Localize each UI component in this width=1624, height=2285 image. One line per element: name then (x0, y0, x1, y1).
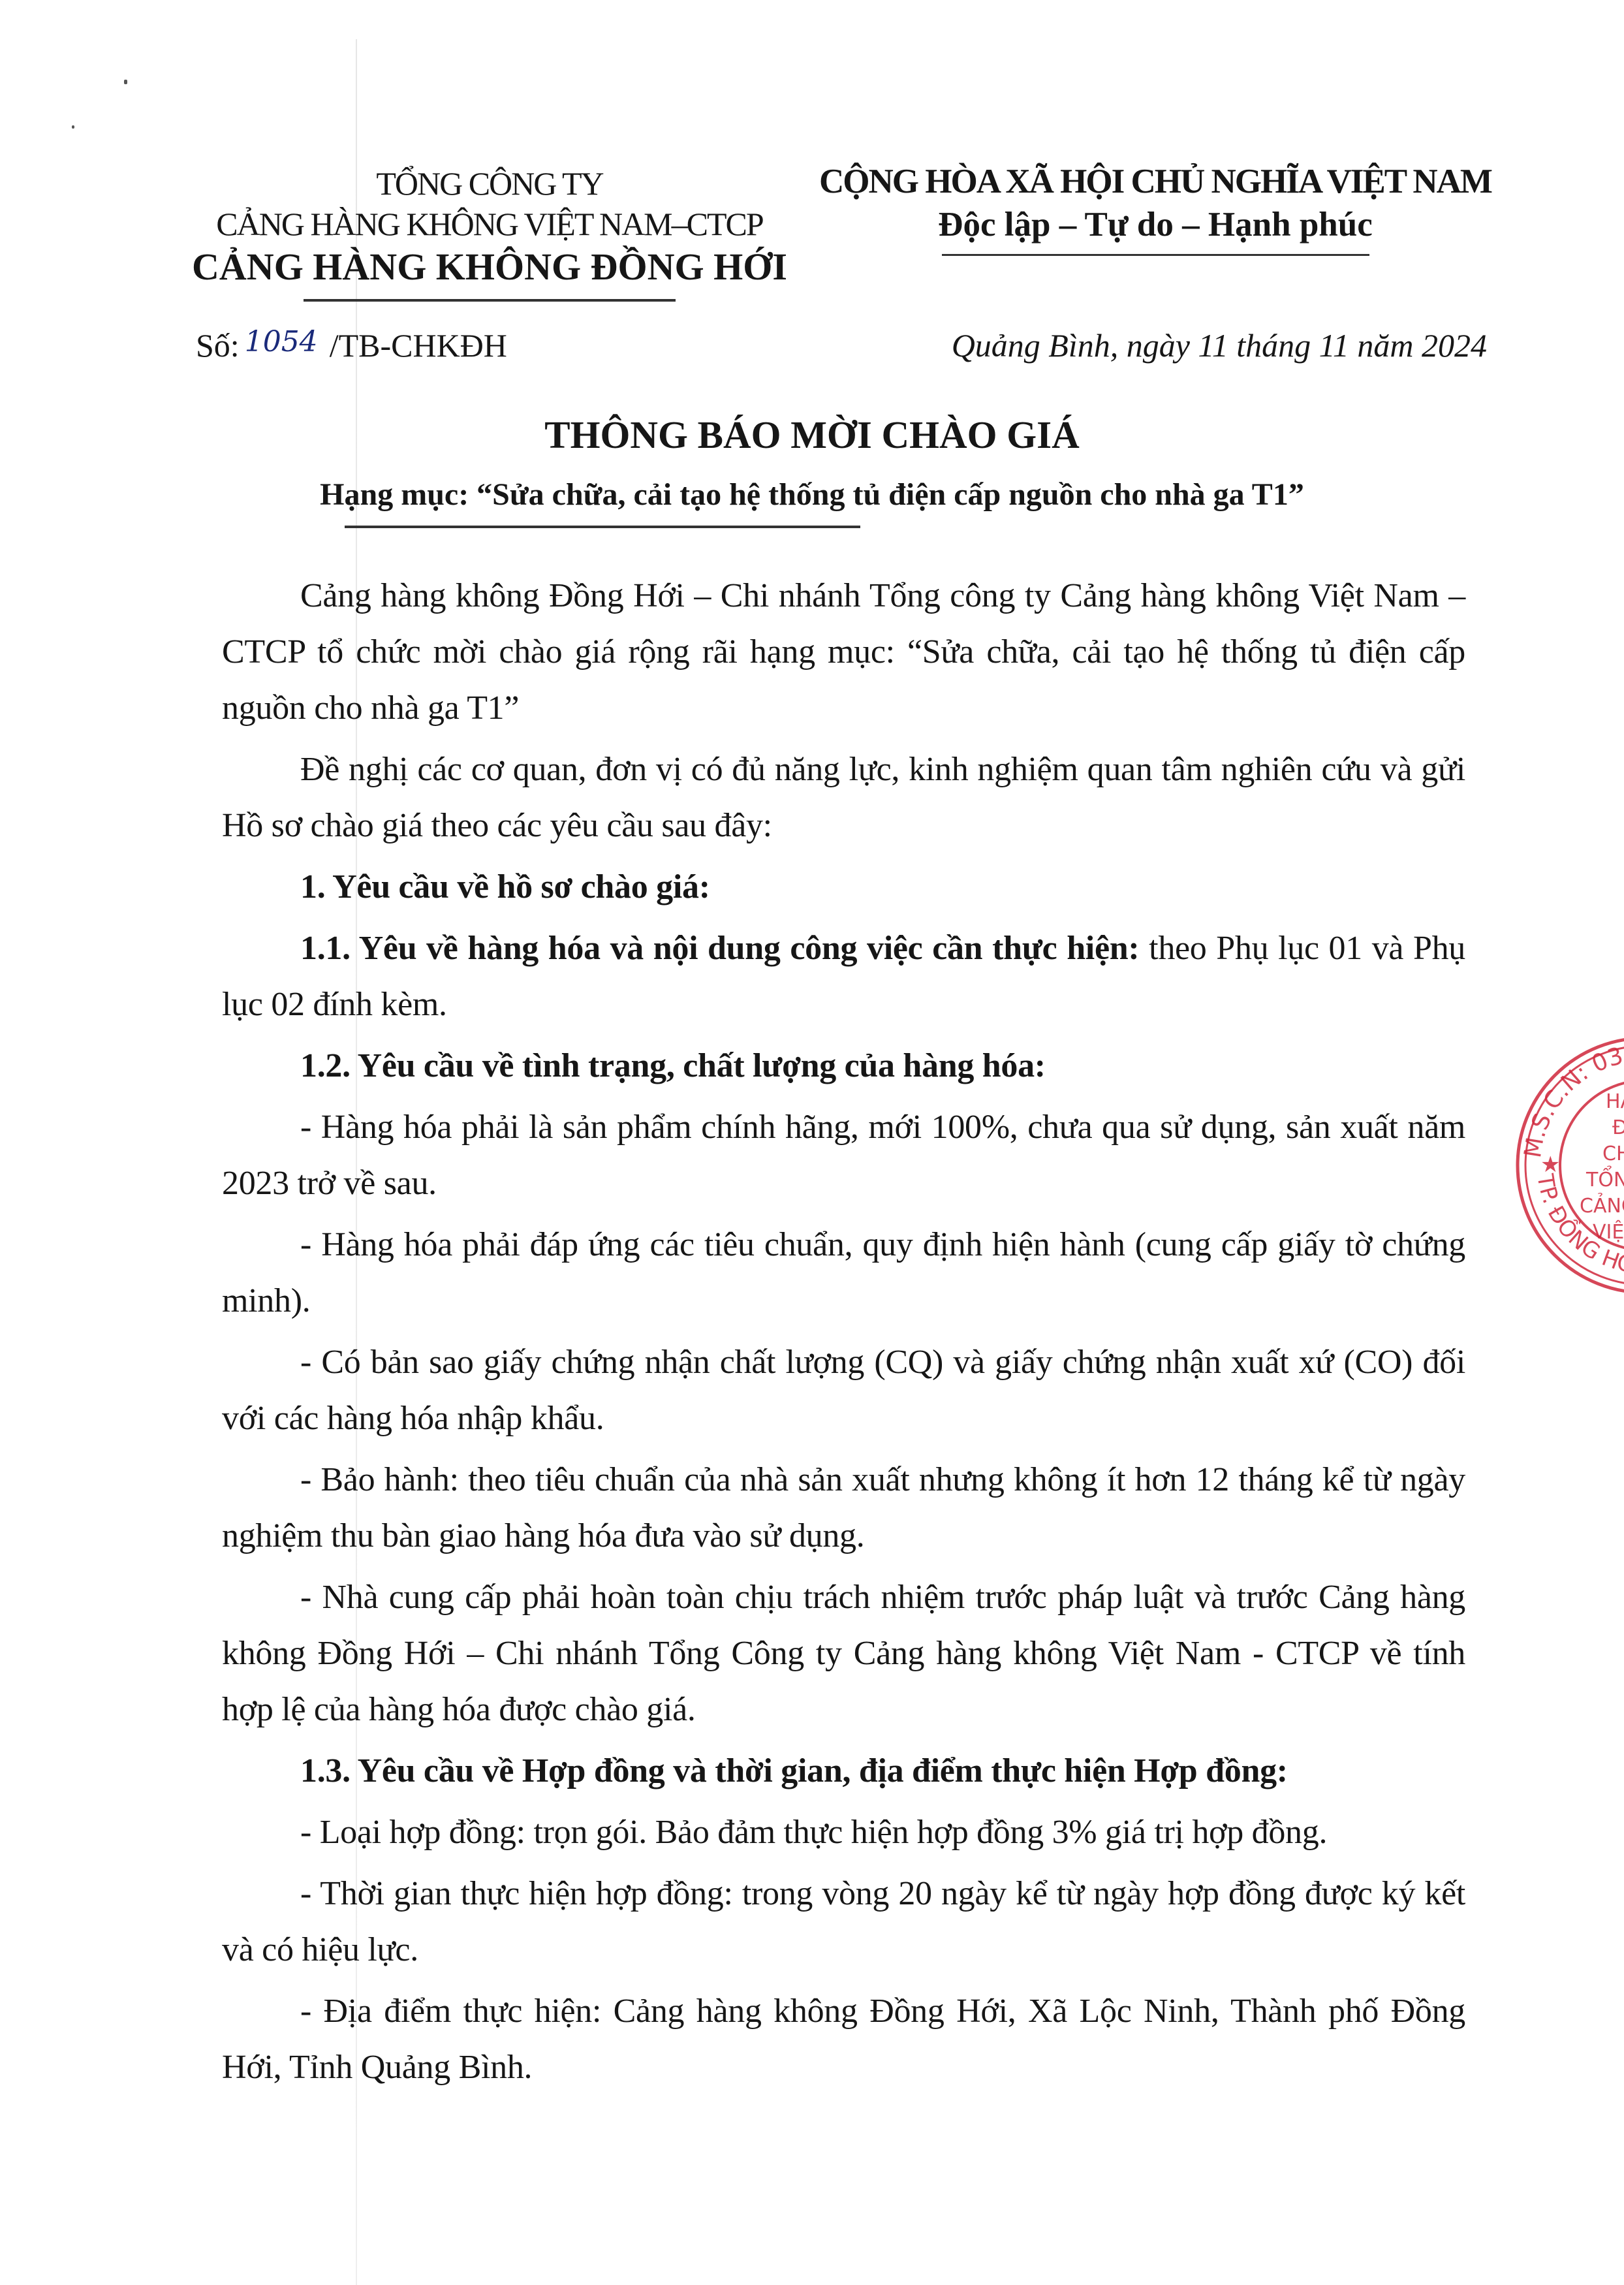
list-item: - Hàng hóa phải là sản phẩm chính hãng, … (222, 1099, 1465, 1212)
issuer-parent-line1: TỔNG CÔNG TY (163, 163, 816, 204)
doc-number-handwritten: 1054 (245, 325, 318, 358)
seal-inner-text: HÀĐCHTỔNCẢNGVIỆ (1580, 1090, 1624, 1244)
issuer-header: TỔNG CÔNG TY CẢNG HÀNG KHÔNG VIỆT NAM–CT… (163, 163, 816, 302)
section-1-1-heading: 1.1. Yêu về hàng hóa và nội dung công vi… (300, 930, 1139, 967)
doc-number-prefix: Số: (196, 327, 240, 364)
list-item: - Nhà cung cấp phải hoàn toàn chịu trách… (222, 1569, 1465, 1738)
invite-paragraph: Đề nghị các cơ quan, đơn vị có đủ năng l… (222, 742, 1465, 854)
list-item: - Có bản sao giấy chứng nhận chất lượng … (222, 1334, 1465, 1447)
national-motto: Độc lập – Tự do – Hạnh phúc (809, 203, 1501, 246)
list-item: - Bảo hành: theo tiêu chuẩn của nhà sản … (222, 1452, 1465, 1564)
svg-text:CẢNG: CẢNG (1580, 1192, 1624, 1218)
list-item: - Hàng hóa phải đáp ứng các tiêu chuẩn, … (222, 1217, 1465, 1329)
svg-text:TỔN: TỔN (1585, 1165, 1624, 1191)
motto-underline (942, 254, 1369, 256)
svg-text:HÀ: HÀ (1606, 1090, 1624, 1113)
seal-star-icon: ★ (1540, 1153, 1560, 1177)
national-name: CỘNG HÒA XÃ HỘI CHỦ NGHĨA VIỆT NAM (809, 160, 1501, 203)
document-body: Cảng hàng không Đồng Hới – Chi nhánh Tổn… (222, 568, 1465, 2101)
svg-text:VIỆ: VIỆ (1593, 1220, 1624, 1244)
list-item: - Loại hợp đồng: trọn gói. Bảo đảm thực … (222, 1804, 1465, 1861)
dateline: Quảng Bình, ngày 11 tháng 11 năm 2024 (952, 326, 1487, 364)
section-1-heading: 1. Yêu cầu về hồ sơ chào giá: (222, 859, 1465, 915)
subtitle-underline (345, 526, 860, 528)
section-1-1: 1.1. Yêu về hàng hóa và nội dung công vi… (222, 921, 1465, 1033)
svg-text:Đ: Đ (1612, 1116, 1624, 1139)
issuer-name: CẢNG HÀNG KHÔNG ĐỒNG HỚI (163, 244, 816, 290)
issuer-parent-line2: CẢNG HÀNG KHÔNG VIỆT NAM–CTCP (163, 204, 816, 244)
section-1-2-heading: 1.2. Yêu cầu về tình trạng, chất lượng c… (222, 1038, 1465, 1094)
document-number: Số:1054/TB-CHKĐH (196, 326, 507, 364)
list-item: - Thời gian thực hiện hợp đồng: trong vò… (222, 1866, 1465, 1978)
official-seal-stamp: M.S.C.N: 0311 TP. ĐỒNG HỚI ★ HÀĐCHTỔNCẢN… (1514, 1035, 1624, 1296)
intro-paragraph: Cảng hàng không Đồng Hới – Chi nhánh Tổn… (222, 568, 1465, 736)
list-item: - Địa điểm thực hiện: Cảng hàng không Đồ… (222, 1983, 1465, 2096)
national-motto-header: CỘNG HÒA XÃ HỘI CHỦ NGHĨA VIỆT NAM Độc l… (809, 160, 1501, 256)
issuer-underline (304, 299, 676, 302)
document-title: THÔNG BÁO MỜI CHÀO GIÁ (0, 413, 1624, 458)
doc-number-suffix: /TB-CHKĐH (330, 327, 507, 364)
document-subtitle: Hạng mục: “Sửa chữa, cải tạo hệ thống tủ… (0, 477, 1624, 512)
section-1-3-heading: 1.3. Yêu cầu về Hợp đồng và thời gian, đ… (222, 1743, 1465, 1799)
svg-text:CH: CH (1602, 1142, 1624, 1165)
